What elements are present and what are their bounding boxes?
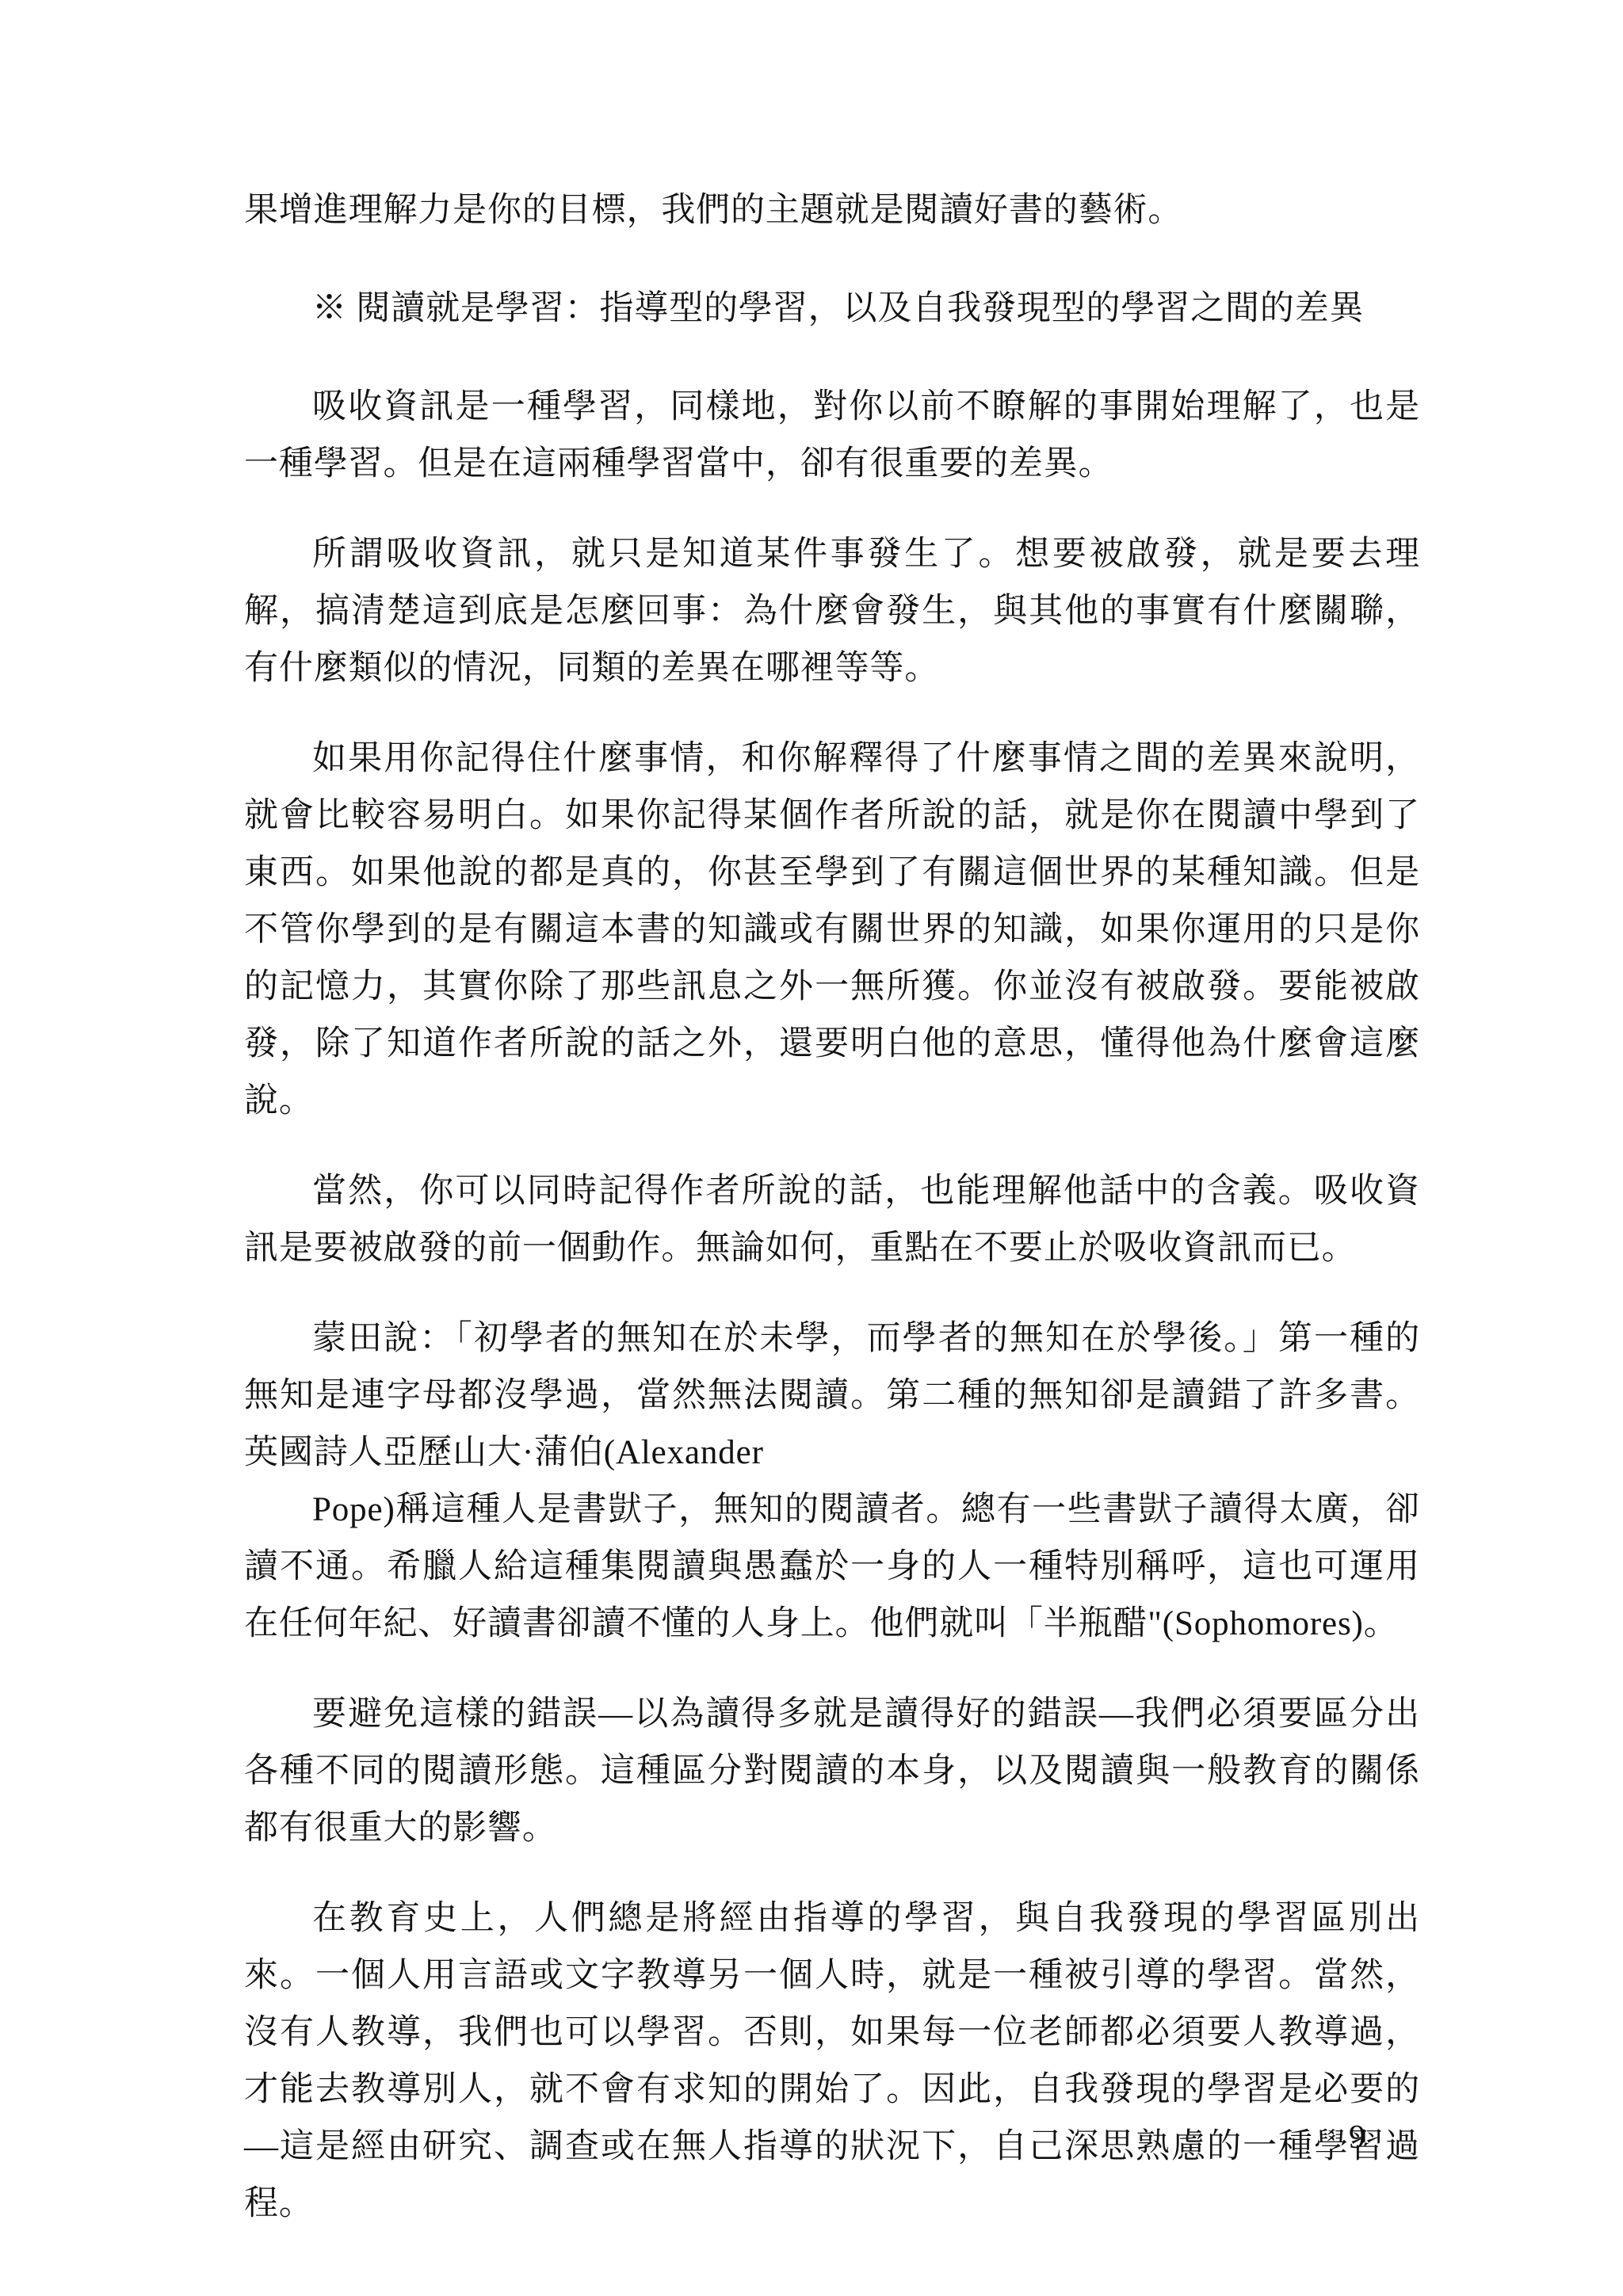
paragraph: Pope)稱這種人是書獃子，無知的閱讀者。總有一些書獃子讀得太廣，卻讀不通。希臘… xyxy=(244,1482,1420,1653)
paragraph: 當然，你可以同時記得作者所說的話，也能理解他話中的含義。吸收資訊是要被啟發的前一… xyxy=(244,1163,1420,1277)
paragraph: 如果用你記得住什麼事情，和你解釋得了什麼事情之間的差異來說明，就會比較容易明白。… xyxy=(244,730,1420,1130)
paragraph: 蒙田說：「初學者的無知在於未學，而學者的無知在於學後。」第一種的無知是連字母都沒… xyxy=(244,1310,1420,1482)
paragraph: 在教育史上，人們總是將經由指導的學習，與自我發現的學習區別出來。一個人用言語或文… xyxy=(244,1890,1420,2233)
paragraph: 所謂吸收資訊，就只是知道某件事發生了。想要被啟發，就是要去理解，搞清楚這到底是怎… xyxy=(244,526,1420,697)
paragraph-continuation: 果增進理解力是你的目標，我們的主題就是閱讀好書的藝術。 xyxy=(244,182,1420,239)
section-heading: ※ 閱讀就是學習：指導型的學習，以及自我發現型的學習之間的差異 xyxy=(244,280,1420,338)
paragraph: 要避免這樣的錯誤—以為讀得多就是讀得好的錯誤—我們必須要區分出各種不同的閱讀形態… xyxy=(244,1686,1420,1857)
document-page: 果增進理解力是你的目標，我們的主題就是閱讀好書的藝術。 ※ 閱讀就是學習：指導型… xyxy=(0,0,1623,2296)
paragraph: 吸收資訊是一種學習，同樣地，對你以前不瞭解的事開始理解了，也是一種學習。但是在這… xyxy=(244,379,1420,493)
page-number: 9 xyxy=(1349,2114,1365,2161)
